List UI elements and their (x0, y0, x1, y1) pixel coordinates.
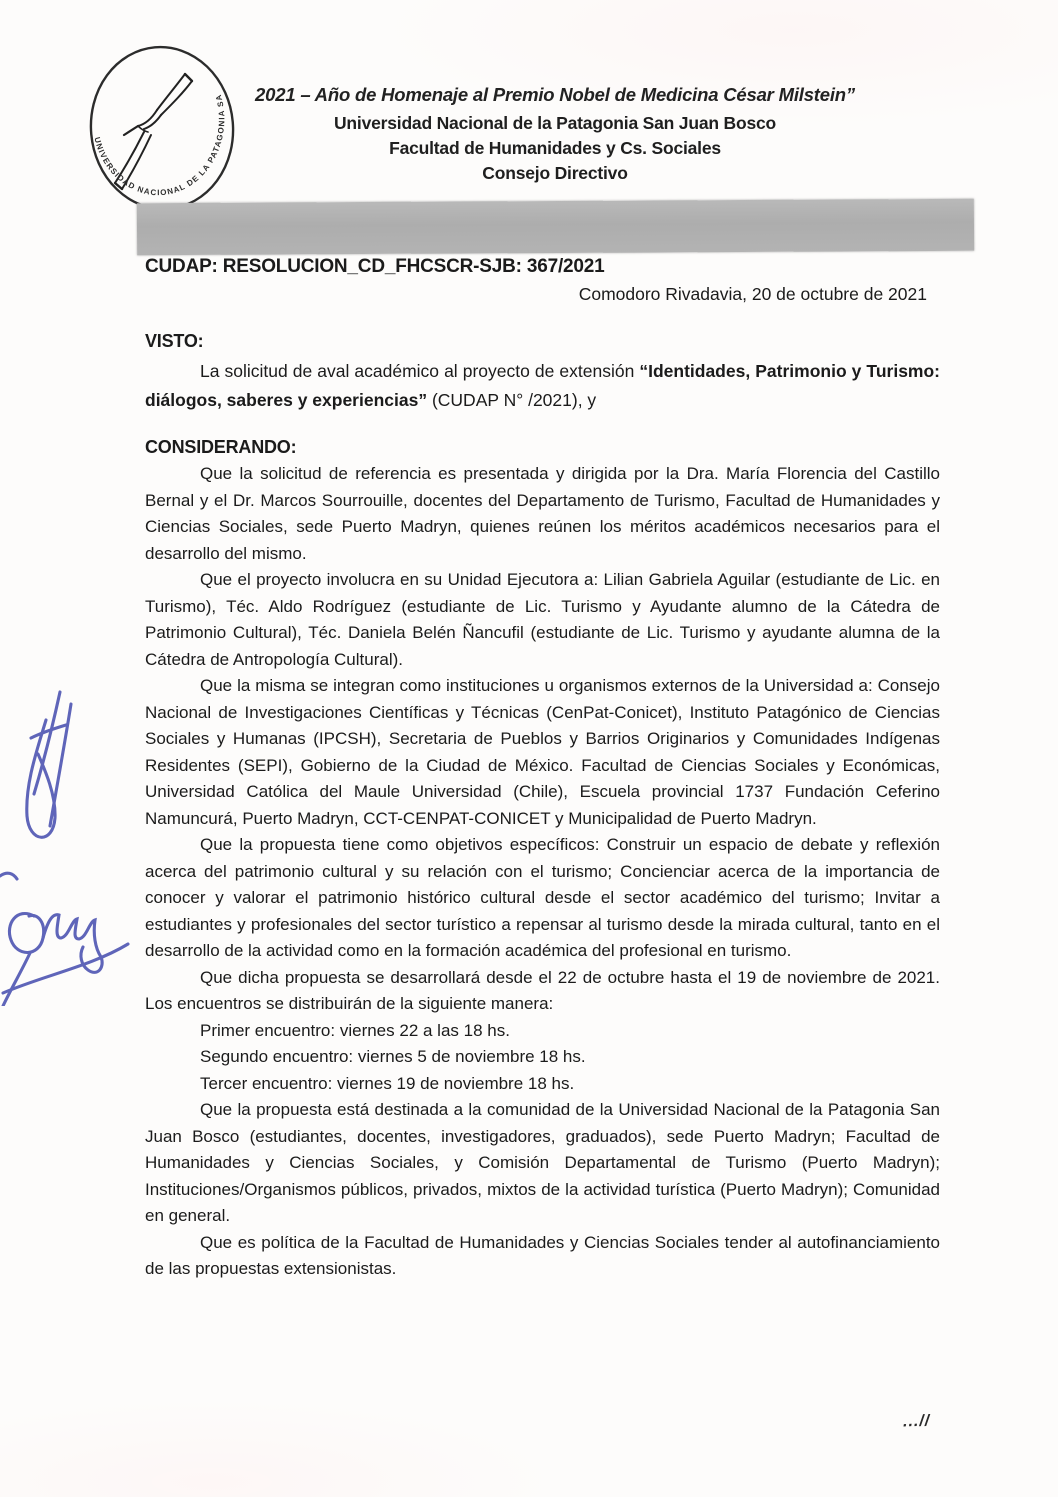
considerando-label: CONSIDERANDO: (145, 437, 296, 458)
initial-mark-top (27, 692, 71, 837)
university-seal: UNIVERSIDAD NACIONAL DE LA PATAGONIA SAN… (84, 40, 246, 222)
paragraph-fechas: Que dicha propuesta se desarrollará desd… (145, 965, 940, 1018)
continuation-mark: ...// (903, 1413, 931, 1432)
letterhead: 2021 – Año de Homenaje al Premio Nobel d… (235, 82, 875, 186)
considerando-body: Que la solicitud de referencia es presen… (145, 461, 940, 1283)
encuentro-primero: Primer encuentro: viernes 22 a las 18 hs… (200, 1018, 940, 1045)
pen-slip-mark (0, 873, 17, 879)
visto-intro-text: La solicitud de aval académico al proyec… (200, 361, 639, 381)
encuentro-tercero: Tercer encuentro: viernes 19 de noviembr… (200, 1071, 940, 1098)
cudap-reference: CUDAP: RESOLUCION_CD_FHCSCR-SJB: 367/202… (145, 256, 605, 278)
council-name: Consejo Directivo (235, 161, 875, 186)
paragraph-objetivos: Que la propuesta tiene como objetivos es… (145, 832, 940, 965)
redaction-bar (137, 199, 974, 255)
faculty-name: Facultad de Humanidades y Cs. Sociales (235, 136, 875, 161)
encuentro-segundo: Segundo encuentro: viernes 5 de noviembr… (200, 1044, 940, 1071)
university-name: Universidad Nacional de la Patagonia San… (235, 111, 875, 136)
visto-paragraph: La solicitud de aval académico al proyec… (145, 357, 940, 415)
paragraph-destinatarios: Que la propuesta está destinada a la com… (145, 1097, 940, 1230)
visto-tail-text: (CUDAP N° /2021), y (427, 390, 596, 410)
albatross-icon (115, 74, 192, 189)
paragraph-instituciones: Que la misma se integran como institucio… (145, 673, 940, 832)
scanned-resolution-page: UNIVERSIDAD NACIONAL DE LA PATAGONIA SAN… (0, 0, 1058, 1497)
handwritten-initials (0, 676, 140, 1006)
place-date-line: Comodoro Rivadavia, 20 de octubre de 202… (145, 284, 927, 305)
initial-mark-bottom (3, 914, 128, 1006)
paragraph-autofinanciamiento: Que es política de la Facultad de Humani… (145, 1230, 940, 1283)
paragraph-solicitud: Que la solicitud de referencia es presen… (145, 461, 940, 567)
year-homage-line: 2021 – Año de Homenaje al Premio Nobel d… (235, 82, 875, 107)
paragraph-unidad-ejecutora: Que el proyecto involucra en su Unidad E… (145, 567, 940, 673)
visto-label: VISTO: (145, 331, 203, 352)
